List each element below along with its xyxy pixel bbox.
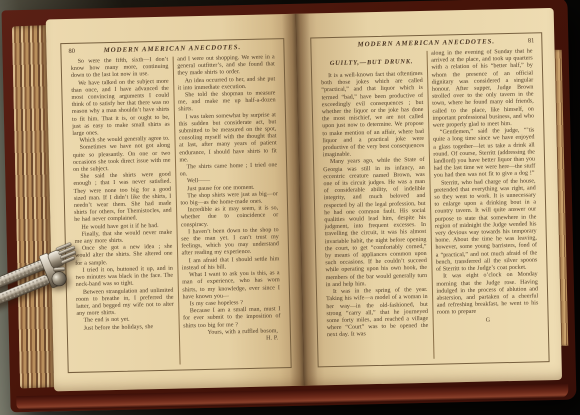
paragraph: Because I am a small man, must I for eve… — [183, 306, 281, 330]
paragraph: It is a well-known fact that oftentimes … — [321, 71, 424, 160]
photograph-of-open-antique-book: 80 MODERN AMERICAN ANECDOTES. So were th… — [0, 0, 580, 415]
running-head-title-right: MODERN AMERICAN ANECDOTES. — [340, 38, 512, 49]
paragraph: I was taken somewhat by surprise at this… — [178, 112, 277, 165]
page-number-81: 81 — [512, 37, 534, 44]
book-page-80: 80 MODERN AMERICAN ANECDOTES. So were th… — [46, 14, 304, 392]
book: 80 MODERN AMERICAN ANECDOTES. So were th… — [2, 0, 577, 412]
paragraph: What I want to ask you is this, as a man… — [182, 270, 280, 301]
running-head-title-left: MODERN AMERICAN ANECDOTES. — [90, 44, 254, 55]
paragraph: Once she got a new idea ; she would alte… — [75, 244, 173, 268]
paragraph: “Gentlemen,” said the judge, “’tis quite… — [433, 128, 536, 181]
left-page-column-1: So were the fifth, sixth—I don’t know ho… — [67, 57, 179, 367]
printed-rule-frame-left: 80 MODERN AMERICAN ANECDOTES. So were th… — [60, 38, 291, 373]
paragraph: She told the shopman to measure me, and … — [178, 90, 276, 114]
left-page-column-2: and I were out shopping. We were in a ge… — [172, 54, 285, 364]
printer-signature-mark: G — [437, 316, 539, 324]
paragraph: She said the shirts were good enough ; t… — [73, 172, 172, 225]
paragraph: Sterritt, who had charge of the house, p… — [434, 178, 538, 274]
paragraph: I haven’t been down to the shop to see t… — [181, 227, 279, 258]
paragraph: along in the evening of Sunday that he a… — [431, 48, 534, 130]
paragraph: Sometimes we have not got along quite so… — [73, 143, 171, 174]
paragraph: It was eight o’clock on Monday morning t… — [436, 272, 538, 318]
printed-rule-frame-right: MODERN AMERICAN ANECDOTES. 81 GUILTY,—BU… — [310, 32, 549, 367]
two-column-text-right-page: GUILTY,—BUT DRUNK. It is a well-known fa… — [317, 48, 544, 361]
letter-signature: H. P. — [183, 335, 281, 344]
book-page-81: MODERN AMERICAN ANECDOTES. 81 GUILTY,—BU… — [296, 8, 562, 386]
running-head-left: 80 MODERN AMERICAN ANECDOTES. — [68, 43, 276, 55]
paragraph: We have talked on the subject more than … — [71, 78, 170, 138]
two-column-text-left-page: So were the fifth, sixth—I don’t know ho… — [67, 54, 286, 367]
running-head-right: MODERN AMERICAN ANECDOTES. 81 — [318, 37, 534, 49]
open-pages: 80 MODERN AMERICAN ANECDOTES. So were th… — [46, 8, 562, 391]
paragraph: Many years ago, while the State of Georg… — [323, 157, 427, 289]
paragraph: and I were out shopping. We were in a ge… — [177, 54, 275, 78]
paragraph: So were the fifth, sixth—I don’t know ho… — [71, 57, 169, 81]
right-page-column-1: GUILTY,—BUT DRUNK. It is a well-known fa… — [317, 51, 433, 361]
right-page-column-2: along in the evening of Sunday that he a… — [426, 48, 543, 358]
section-heading: GUILTY,—BUT DRUNK. — [321, 58, 423, 67]
paragraph: Incredible as it may seem, it is so, whe… — [181, 206, 279, 230]
page-number-80: 80 — [68, 47, 90, 54]
paragraph: It was in the spring of the year. Taking… — [326, 287, 429, 340]
paragraph: Just before the holidays, she — [77, 323, 175, 332]
